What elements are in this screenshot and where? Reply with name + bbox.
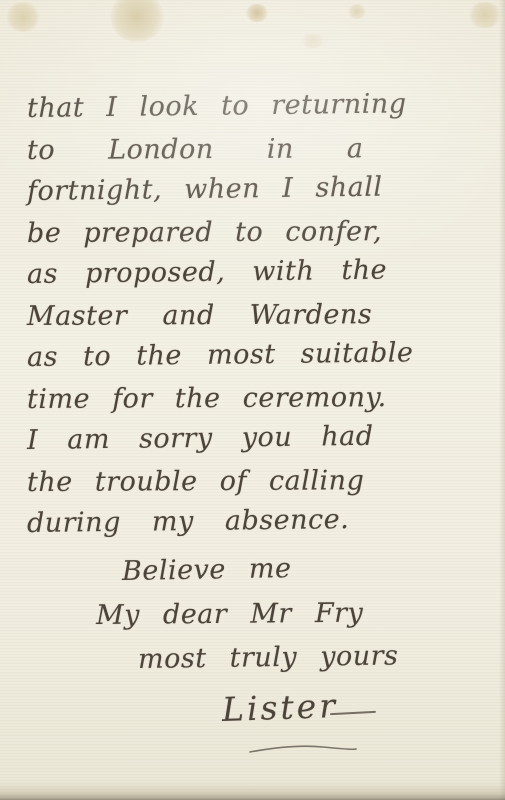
letter-body: that I look to returning to London in a … <box>27 88 497 545</box>
letter-line: as proposed, with the <box>27 248 497 295</box>
letter-page: that I look to returning to London in a … <box>0 0 505 800</box>
foxing-stain <box>348 4 366 19</box>
letter-line: during my absence. <box>27 497 497 544</box>
closing-line: most truly yours <box>138 633 505 682</box>
foxing-stain <box>468 2 502 28</box>
letter-closing: Believe me My dear Mr Fry most truly you… <box>0 550 505 682</box>
foxing-stain <box>246 4 268 22</box>
letter-line: to London in a <box>27 127 497 171</box>
signature: Lister <box>221 686 338 729</box>
letter-line: be prepared to confer, <box>27 210 497 254</box>
letter-line: the trouble of calling <box>27 459 497 503</box>
paper-right-edge-shadow <box>499 0 505 800</box>
foxing-stain <box>6 2 40 32</box>
closing-line: My dear Mr Fry <box>96 590 505 638</box>
letter-line: Master and Wardens <box>27 293 497 337</box>
closing-line: Believe me <box>122 543 505 594</box>
letter-line: that I look to returning <box>27 82 497 129</box>
letter-line: as to the most suitable <box>27 331 497 378</box>
signature-flourish <box>248 742 358 756</box>
foxing-stain <box>110 0 164 42</box>
letter-line: I am sorry you had <box>27 414 497 461</box>
letter-line: time for the ceremony. <box>27 376 497 420</box>
letter-line: fortnight, when I shall <box>27 165 497 212</box>
paper-bottom-edge <box>0 784 505 800</box>
foxing-stain <box>300 34 326 48</box>
